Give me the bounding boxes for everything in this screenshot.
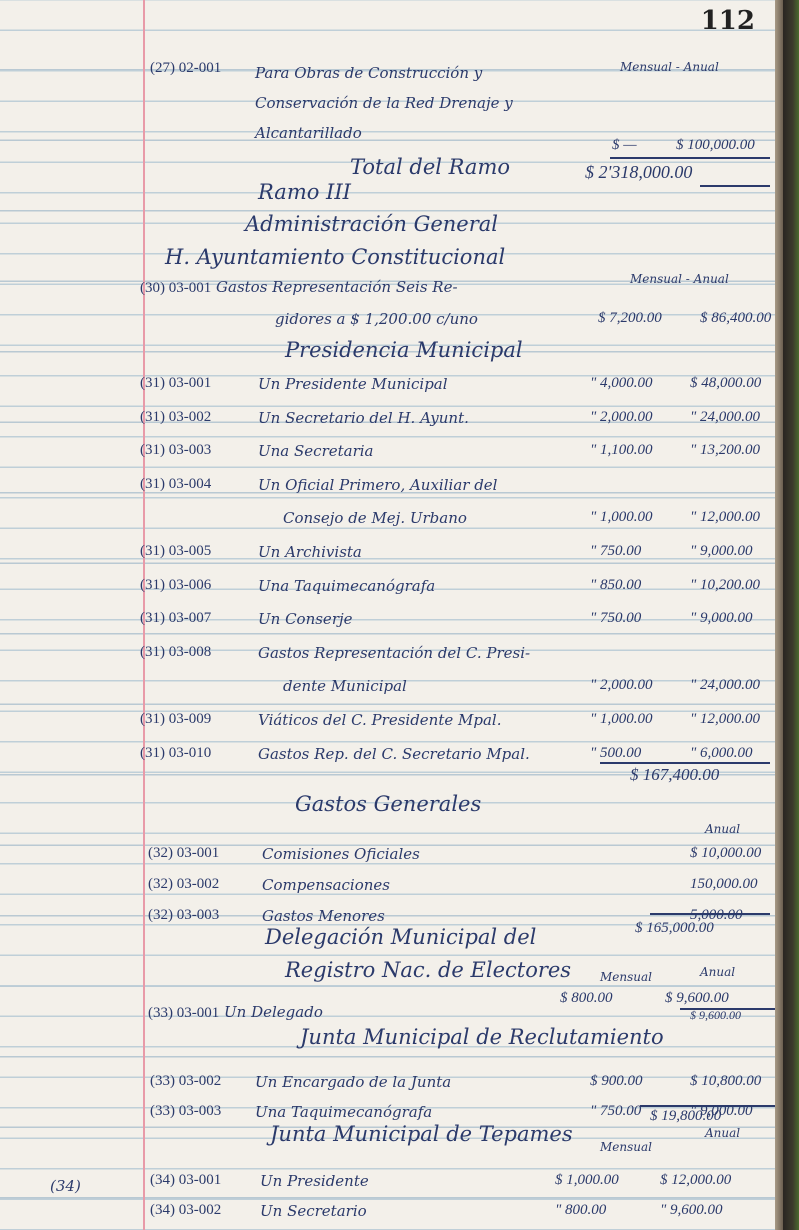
double-underline [700, 185, 770, 187]
section-ayuntamiento: H. Ayuntamiento Constitucional [165, 245, 505, 269]
entry-code: (27) 02-001 [150, 60, 221, 76]
entry-monthly: $ 900.00 [590, 1073, 643, 1090]
entry-text: Un Conserje [258, 610, 353, 628]
entry-code: (34) 03-001 [150, 1172, 221, 1189]
entry-text: Comisiones Oficiales [262, 845, 420, 863]
entry-27: (27) 02-001 [150, 58, 221, 77]
entry-annual: " 10,200.00 [690, 577, 760, 594]
entry-code: (31) 03-003 [140, 442, 211, 459]
entry-text: Un Oficial Primero, Auxiliar del [258, 476, 497, 494]
entry-monthly: " 750.00 [590, 1103, 641, 1120]
section-delegacion-1: Delegación Municipal del [265, 925, 536, 949]
col-label-monthly: Mensual [600, 1140, 652, 1154]
entry-code: (34) 03-002 [150, 1202, 221, 1219]
entry-code: (31) 03-006 [140, 577, 211, 594]
col-label-annual: Anual [705, 1126, 740, 1140]
entry-monthly: " 1,000.00 [590, 509, 653, 526]
section-delegacion-2: Registro Nac. de Electores [285, 958, 571, 982]
entry-annual: " 9,000.00 [690, 610, 753, 627]
entry-code: (31) 03-005 [140, 543, 211, 560]
entry-text: Una Taquimecanógrafa [258, 577, 435, 595]
entry-text: Un Delegado [224, 1003, 323, 1021]
entry-text: Un Presidente [260, 1172, 369, 1190]
entry-monthly: " 800.00 [555, 1202, 606, 1219]
entry-30-annual: $ 86,400.00 [700, 310, 771, 327]
entry-30-monthly: $ 7,200.00 [598, 310, 662, 327]
entry-code: (33) 03-003 [150, 1103, 221, 1120]
entry-code: (30) 03-001 [140, 280, 211, 296]
entry-27-annual: $ 100,000.00 [676, 137, 755, 154]
entry-annual: " 9,000.00 [690, 1103, 753, 1120]
entry-monthly: " 1,100.00 [590, 442, 653, 459]
entry-text: Un Secretario del H. Ayunt. [258, 409, 469, 427]
entry-monthly: " 850.00 [590, 577, 641, 594]
entry-code: (33) 03-002 [150, 1073, 221, 1090]
section-junta-tepames: Junta Municipal de Tepames [270, 1122, 573, 1146]
entry-text: Un Archivista [258, 543, 362, 561]
entry-monthly: " 500.00 [590, 745, 641, 762]
entry-code: (32) 03-003 [148, 907, 219, 924]
entry-monthly: " 1,000.00 [590, 711, 653, 728]
col-label-monthly: Mensual [600, 970, 652, 984]
entry-27-text: Para Obras de Construcción y Conservació… [255, 58, 585, 148]
section-junta-reclutamiento: Junta Municipal de Reclutamiento [300, 1025, 664, 1049]
entry-monthly: " 2,000.00 [590, 409, 653, 426]
section-gastos-generales: Gastos Generales [295, 792, 481, 816]
entry-code: (31) 03-002 [140, 409, 211, 426]
col-label: Mensual - Anual [630, 272, 729, 286]
entry-monthly: " 2,000.00 [590, 677, 653, 694]
delegacion-total: $ 9,600.00 [690, 1008, 741, 1023]
entry-code: (32) 03-002 [148, 876, 219, 893]
ramo-heading: Ramo III [258, 180, 351, 204]
entry-annual: $ 10,800.00 [690, 1073, 761, 1090]
page-edge [775, 0, 783, 1230]
entry-text-cont: Consejo de Mej. Urbano [283, 509, 467, 527]
entry-text: Viáticos del C. Presidente Mpal. [258, 711, 501, 729]
entry-annual: " 9,600.00 [660, 1202, 723, 1219]
entry-text: Una Taquimecanógrafa [255, 1103, 432, 1121]
entry-text: Una Secretaria [258, 442, 374, 460]
entry-code: (33) 03-001 [148, 1005, 219, 1021]
entry-text: Un Secretario [260, 1202, 367, 1220]
entry-annual: " 24,000.00 [690, 409, 760, 426]
presidencia-total: $ 167,400.00 [630, 765, 719, 785]
col-label-annual: Anual [700, 965, 735, 979]
delegacion-monthly: $ 800.00 [560, 990, 613, 1007]
entry-27-monthly: $ — [612, 137, 637, 154]
entry-annual: $ 48,000.00 [690, 375, 761, 392]
entry-text: Gastos Representación Seis Re- [216, 278, 458, 296]
entry-code: (31) 03-007 [140, 610, 211, 627]
entry-annual: $ 10,000.00 [690, 845, 761, 862]
entry-code: (31) 03-010 [140, 745, 211, 762]
section-admin-general: Administración General [245, 212, 498, 236]
entry-code: (31) 03-008 [140, 644, 211, 661]
total-ramo-label: Total del Ramo [350, 155, 510, 179]
entry-30: (30) 03-001 Gastos Representación Seis R… [140, 278, 458, 297]
entry-text: Gastos Menores [262, 907, 385, 925]
entry-text: Un Encargado de la Junta [255, 1073, 451, 1091]
entry-annual: " 6,000.00 [690, 745, 753, 762]
entry-monthly: " 750.00 [590, 610, 641, 627]
entry-text: Gastos Rep. del C. Secretario Mpal. [258, 745, 530, 763]
entry-annual: $ 12,000.00 [660, 1172, 731, 1189]
entry-annual: " 12,000.00 [690, 711, 760, 728]
entry-monthly: " 4,000.00 [590, 375, 653, 392]
delegacion-annual: $ 9,600.00 [665, 990, 729, 1007]
entry-code: (31) 03-004 [140, 476, 211, 493]
section-presidencia: Presidencia Municipal [285, 338, 523, 362]
col-label-monthly-annual: Mensual - Anual [620, 60, 719, 74]
underline [610, 157, 770, 159]
entry-text: Gastos Representación del C. Presi- [258, 644, 530, 662]
entry-annual: " 13,200.00 [690, 442, 760, 459]
margin-note: (34) [50, 1177, 81, 1195]
page-number: 112 [701, 6, 755, 36]
entry-text: Compensaciones [262, 876, 390, 894]
total-ramo-amount: $ 2'318,000.00 [585, 162, 692, 183]
entry-monthly: " 750.00 [590, 543, 641, 560]
entry-30-text2: gidores a $ 1,200.00 c/uno [275, 310, 478, 328]
entry-annual: " 9,000.00 [690, 543, 753, 560]
entry-text: Un Presidente Municipal [258, 375, 448, 393]
entry-annual: 150,000.00 [690, 876, 758, 893]
entry-code: (31) 03-009 [140, 711, 211, 728]
book-spine [783, 0, 799, 1230]
delegacion-item: (33) 03-001 Un Delegado [148, 1003, 323, 1022]
entry-code: (31) 03-001 [140, 375, 211, 392]
entry-text-cont: dente Municipal [283, 677, 407, 695]
entry-code: (32) 03-001 [148, 845, 219, 862]
underline [600, 762, 770, 764]
entry-annual: " 12,000.00 [690, 509, 760, 526]
entry-monthly: $ 1,000.00 [555, 1172, 619, 1189]
entry-annual: 5,000.00 [690, 907, 743, 924]
col-label-annual: Anual [705, 822, 740, 836]
entry-annual: " 24,000.00 [690, 677, 760, 694]
